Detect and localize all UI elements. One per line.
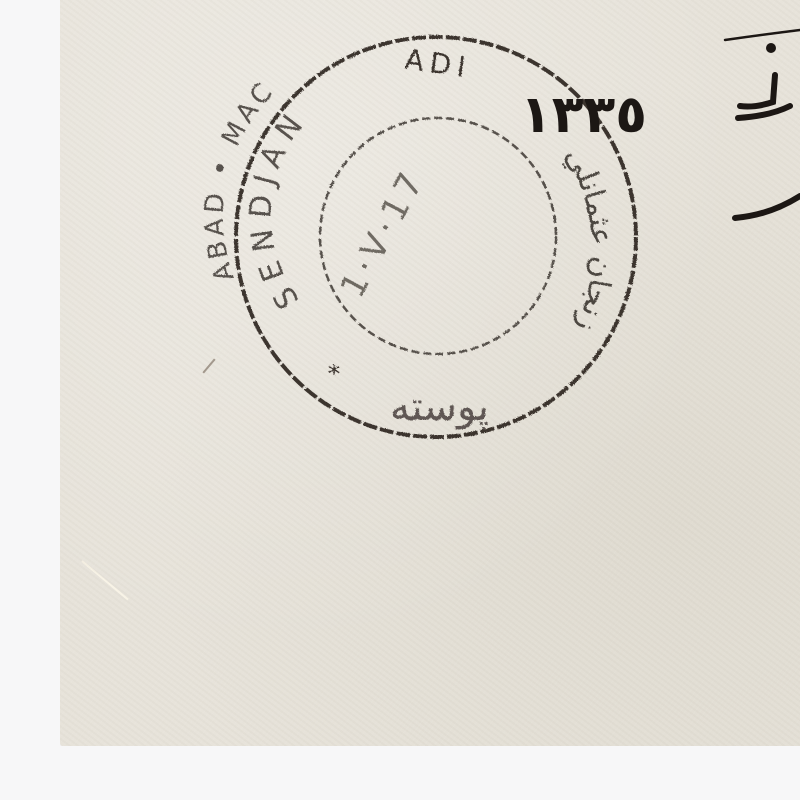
handwritten-word (738, 75, 790, 118)
postmark-bottom-arabic: پوسته (390, 384, 489, 430)
postmark-star: * (328, 360, 340, 388)
postmark-inner-text: SENDJAN (243, 102, 315, 315)
handwritten-stroke (735, 196, 800, 218)
postmark-inner-ring (320, 118, 556, 354)
postmark: ABAD • MAC ADI SENDJAN 1·V·17 * زنجان عث… (0, 0, 800, 800)
handwritten-digits: ١٣٣٥ (520, 85, 647, 145)
handwritten-line (725, 30, 800, 40)
postmark-arabic-text: زنجان عثمانلي (558, 141, 619, 336)
postmark-date: 1·V·17 (333, 162, 434, 304)
handwritten-annotation: ١٣٣٥ (520, 30, 800, 218)
handwritten-dot (766, 43, 776, 53)
postmark-top-text: ADI (403, 43, 474, 85)
